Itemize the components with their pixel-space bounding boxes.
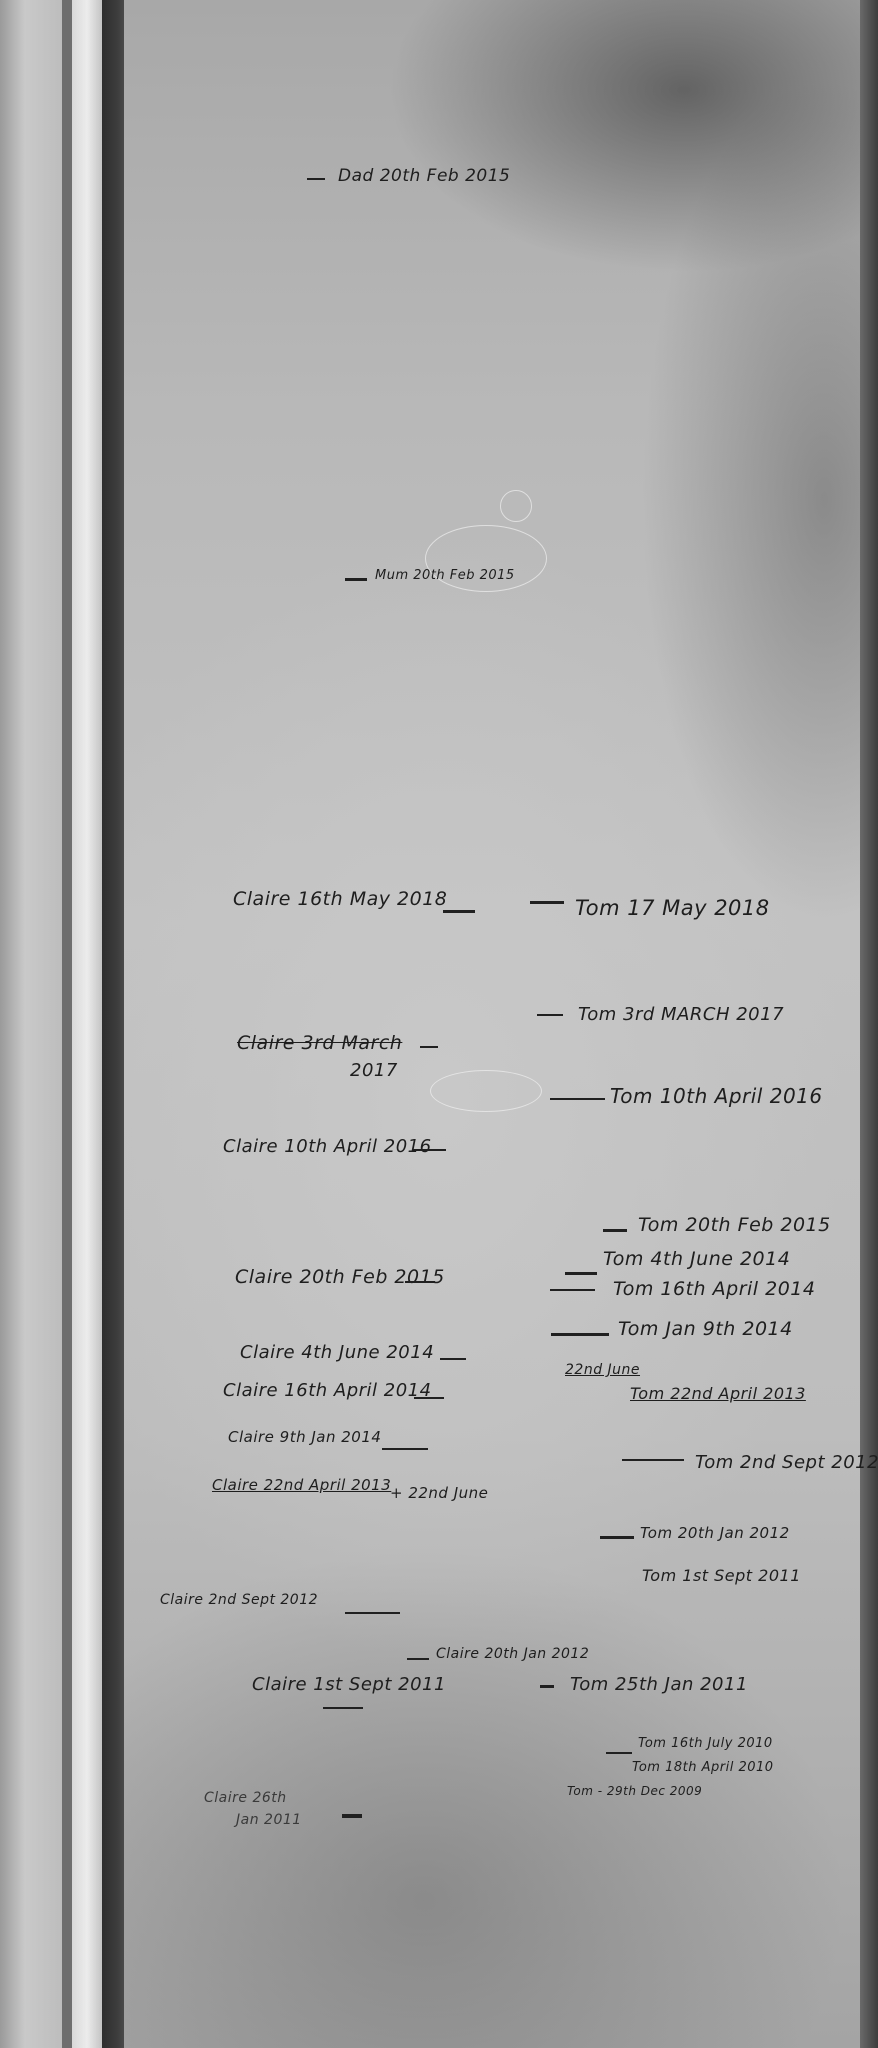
wall-edge [860, 0, 878, 2048]
height-tick [565, 1272, 597, 1275]
mark-claire-jan-2012: Claire 20th Jan 2012 [436, 1646, 589, 1662]
mark-mum: Mum 20th Feb 2015 [375, 568, 515, 583]
height-tick [603, 1229, 627, 1232]
mark-tom-april-2010: Tom 18th April 2010 [632, 1760, 774, 1775]
mark-tom-2017: Tom 3rd MARCH 2017 [578, 1004, 784, 1025]
door-frame-groove [62, 0, 72, 2048]
height-tick [345, 578, 367, 581]
mark-claire-sept-2011: Claire 1st Sept 2011 [252, 1674, 446, 1695]
door-frame-inner [72, 0, 102, 2048]
mark-tom-july-2010: Tom 16th July 2010 [638, 1736, 773, 1751]
mark-claire-jan-2014: Claire 9th Jan 2014 [228, 1428, 381, 1446]
height-tick [600, 1536, 634, 1539]
height-tick [345, 1612, 400, 1614]
mark-tom-sept-2011: Tom 1st Sept 2011 [642, 1566, 801, 1585]
height-tick [443, 910, 475, 913]
mark-claire-april-2013: Claire 22nd April 2013 [212, 1476, 391, 1494]
mark-claire-sept-2012: Claire 2nd Sept 2012 [160, 1592, 318, 1608]
mark-claire-jan-2011-year: Jan 2011 [236, 1812, 302, 1828]
door-frame-outer [0, 0, 62, 2048]
mark-tom-2018: Tom 17 May 2018 [575, 896, 770, 920]
mark-tom-dec-2009: Tom - 29th Dec 2009 [567, 1784, 702, 1798]
height-tick [440, 1358, 466, 1360]
mark-dad: Dad 20th Feb 2015 [338, 166, 510, 186]
mark-tom-feb-2015: Tom 20th Feb 2015 [638, 1214, 831, 1236]
mark-claire-feb-2015: Claire 20th Feb 2015 [235, 1266, 445, 1288]
height-tick [622, 1459, 684, 1461]
height-tick [405, 1281, 435, 1283]
photo-scene: Dad 20th Feb 2015 Mum 20th Feb 2015 Clai… [0, 0, 878, 2048]
mark-tom-jan-2012: Tom 20th Jan 2012 [640, 1524, 790, 1542]
mark-claire-jan-2011: Claire 26th [204, 1790, 287, 1806]
mark-tom-2016: Tom 10th April 2016 [610, 1084, 823, 1108]
height-tick [537, 1014, 563, 1016]
mark-claire-june-2013: + 22nd June [390, 1484, 488, 1502]
height-tick [606, 1752, 632, 1754]
mark-tom-jan-2011: Tom 25th Jan 2011 [570, 1674, 748, 1695]
height-tick [407, 1658, 429, 1660]
height-tick [550, 1098, 605, 1100]
height-tick [342, 1814, 362, 1818]
height-tick [530, 901, 564, 904]
height-tick [307, 178, 325, 180]
mark-claire-2016: Claire 10th April 2016 [223, 1136, 432, 1157]
wall-blemish [430, 1070, 542, 1112]
mark-tom-april-2014: Tom 16th April 2014 [613, 1278, 815, 1300]
height-tick [540, 1685, 554, 1688]
mark-tom-april-2013: Tom 22nd April 2013 [630, 1384, 806, 1403]
mark-claire-june-2014: Claire 4th June 2014 [240, 1342, 434, 1363]
mark-tom-sept-2012: Tom 2nd Sept 2012 [695, 1452, 878, 1473]
mark-claire-2017-year: 2017 [350, 1060, 398, 1081]
mark-tom-june-2014: Tom 4th June 2014 [603, 1248, 790, 1270]
mark-claire-2018: Claire 16th May 2018 [233, 888, 447, 910]
height-tick [323, 1707, 363, 1709]
height-tick [382, 1448, 428, 1450]
door-frame-shadow [102, 0, 124, 2048]
mark-tom-jan-2014: Tom Jan 9th 2014 [618, 1318, 793, 1340]
height-tick [420, 1046, 438, 1048]
wall-blemish [500, 490, 532, 522]
height-tick [414, 1397, 444, 1399]
height-tick [550, 1289, 595, 1291]
mark-claire-april-2014: Claire 16th April 2014 [223, 1380, 432, 1401]
mark-tom-june-2013: 22nd June [565, 1362, 640, 1378]
height-tick [412, 1149, 446, 1151]
mark-claire-2017: Claire 3rd March [237, 1032, 402, 1054]
height-tick [551, 1333, 609, 1336]
